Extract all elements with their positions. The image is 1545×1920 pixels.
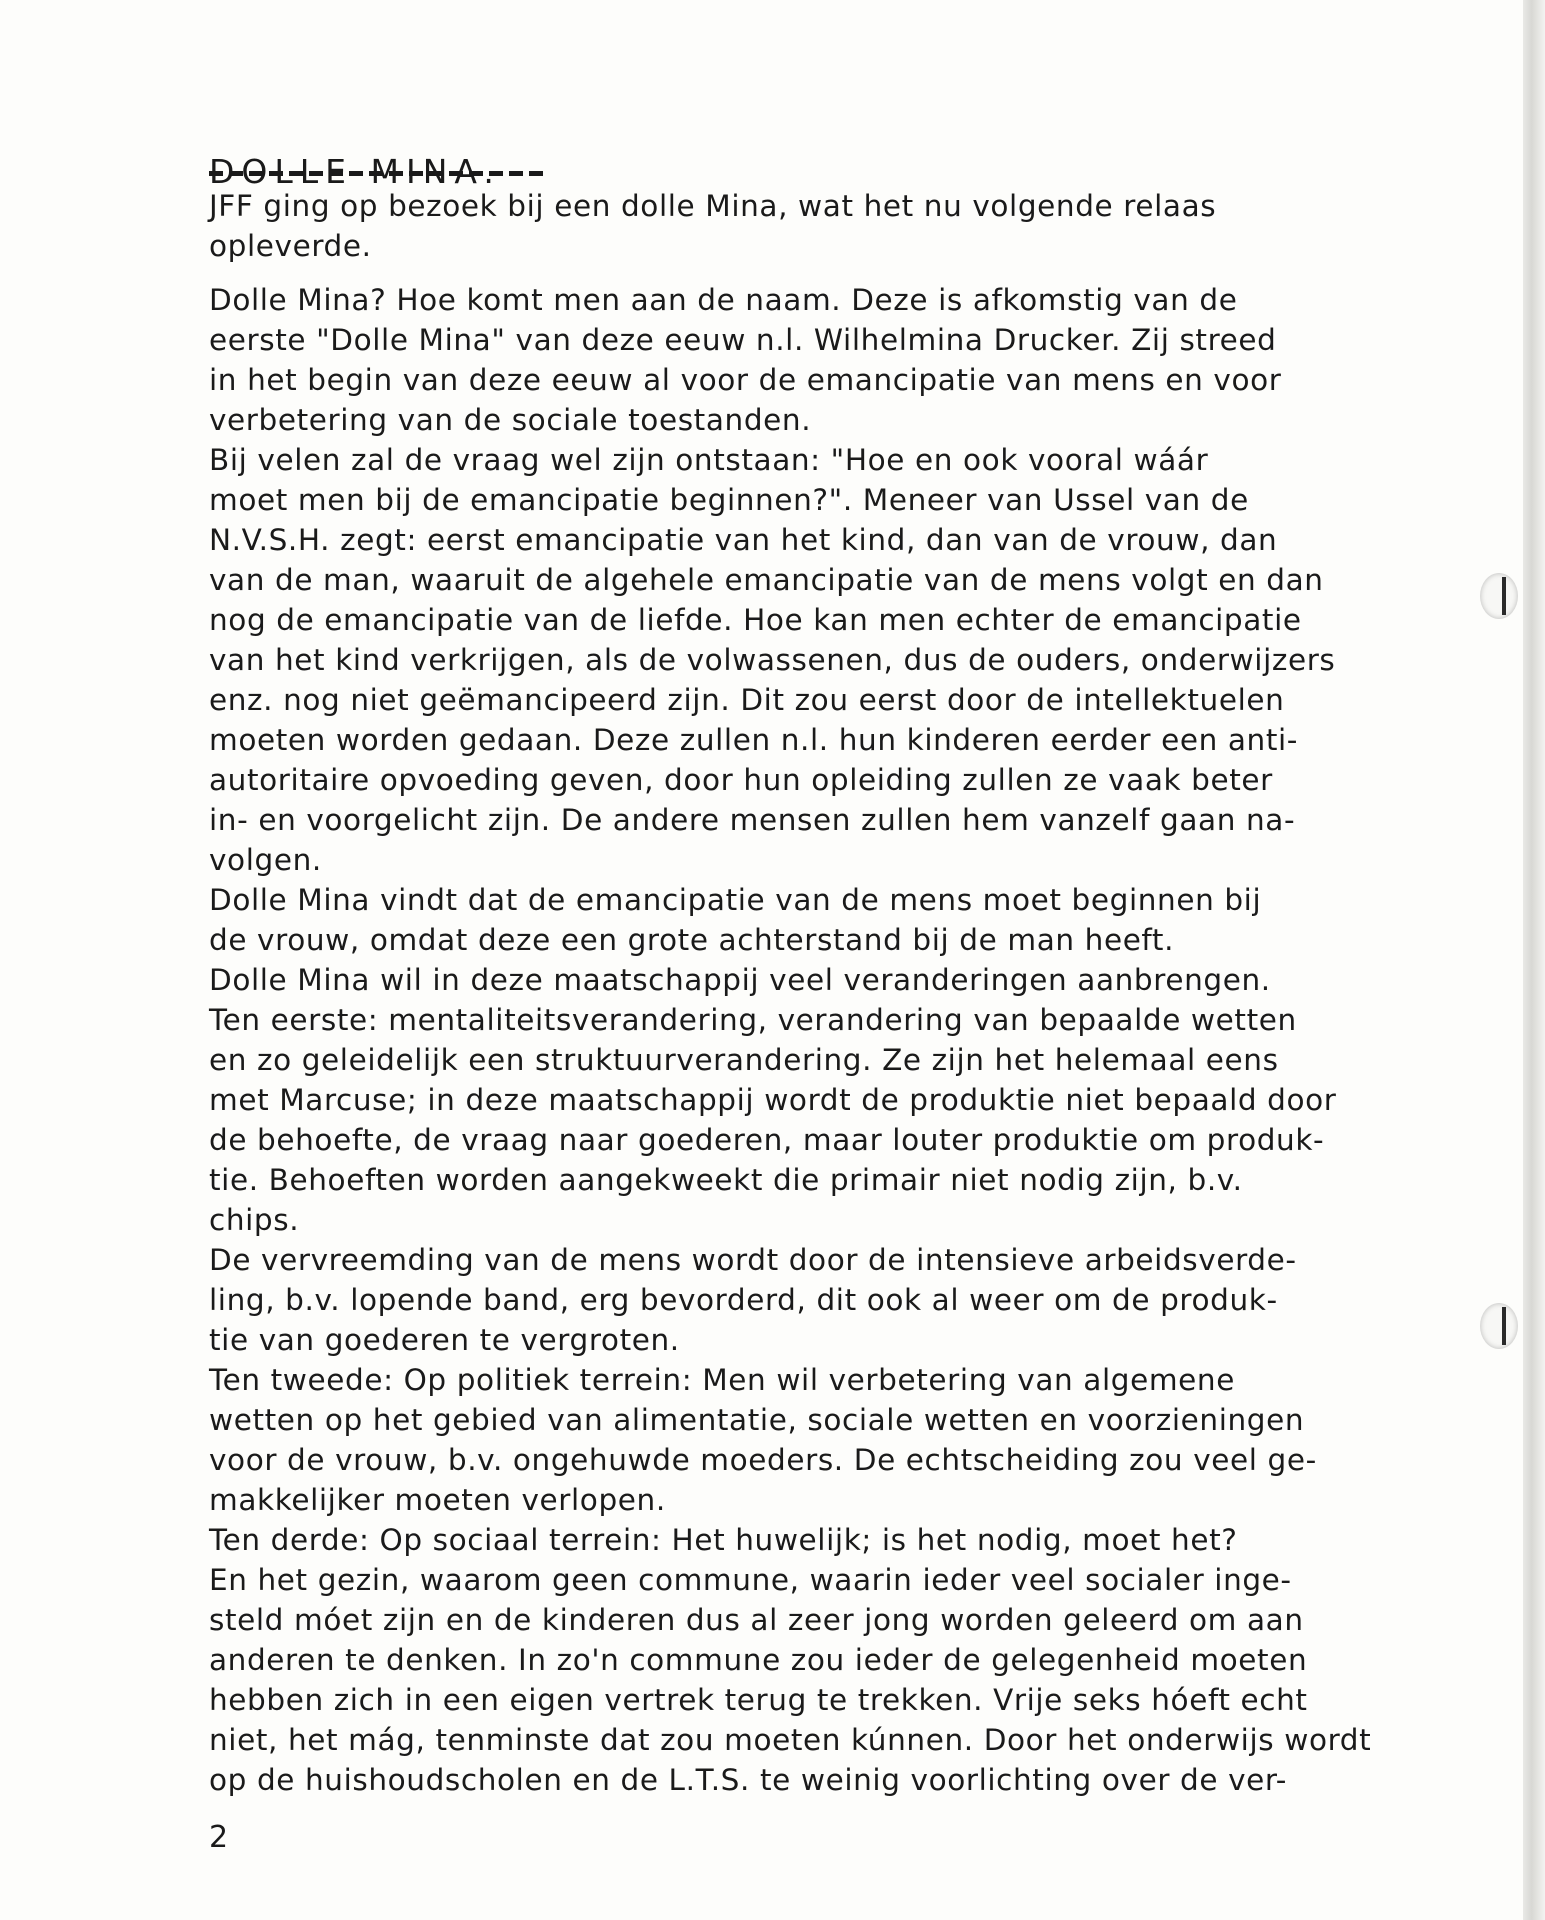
article-body: JFF ging op bezoek bij een dolle Mina, w… (209, 186, 1459, 1800)
paragraph-name-origin: Dolle Mina? Hoe komt men aan de naam. De… (209, 280, 1459, 440)
paragraph-third-point: Ten derde: Op sociaal terrein: Het huwel… (209, 1520, 1459, 1800)
paragraph-first-point: Dolle Mina wil in deze maatschappij veel… (209, 960, 1459, 1240)
paragraph-where-to-begin: Bij velen zal de vraag wel zijn ontstaan… (209, 440, 1459, 880)
page-edge-shadow (1523, 0, 1545, 1920)
punch-hole-upper (1480, 573, 1518, 619)
page-number: 2 (209, 1820, 228, 1855)
paragraph-alienation: De vervreemding van de mens wordt door d… (209, 1240, 1459, 1360)
paragraph-intro: JFF ging op bezoek bij een dolle Mina, w… (209, 186, 1459, 266)
paragraph-woman-first: Dolle Mina vindt dat de emancipatie van … (209, 880, 1459, 960)
title-dashed-underline (209, 171, 543, 176)
punch-hole-lower (1480, 1303, 1518, 1349)
paragraph-second-point: Ten tweede: Op politiek terrein: Men wil… (209, 1360, 1459, 1520)
